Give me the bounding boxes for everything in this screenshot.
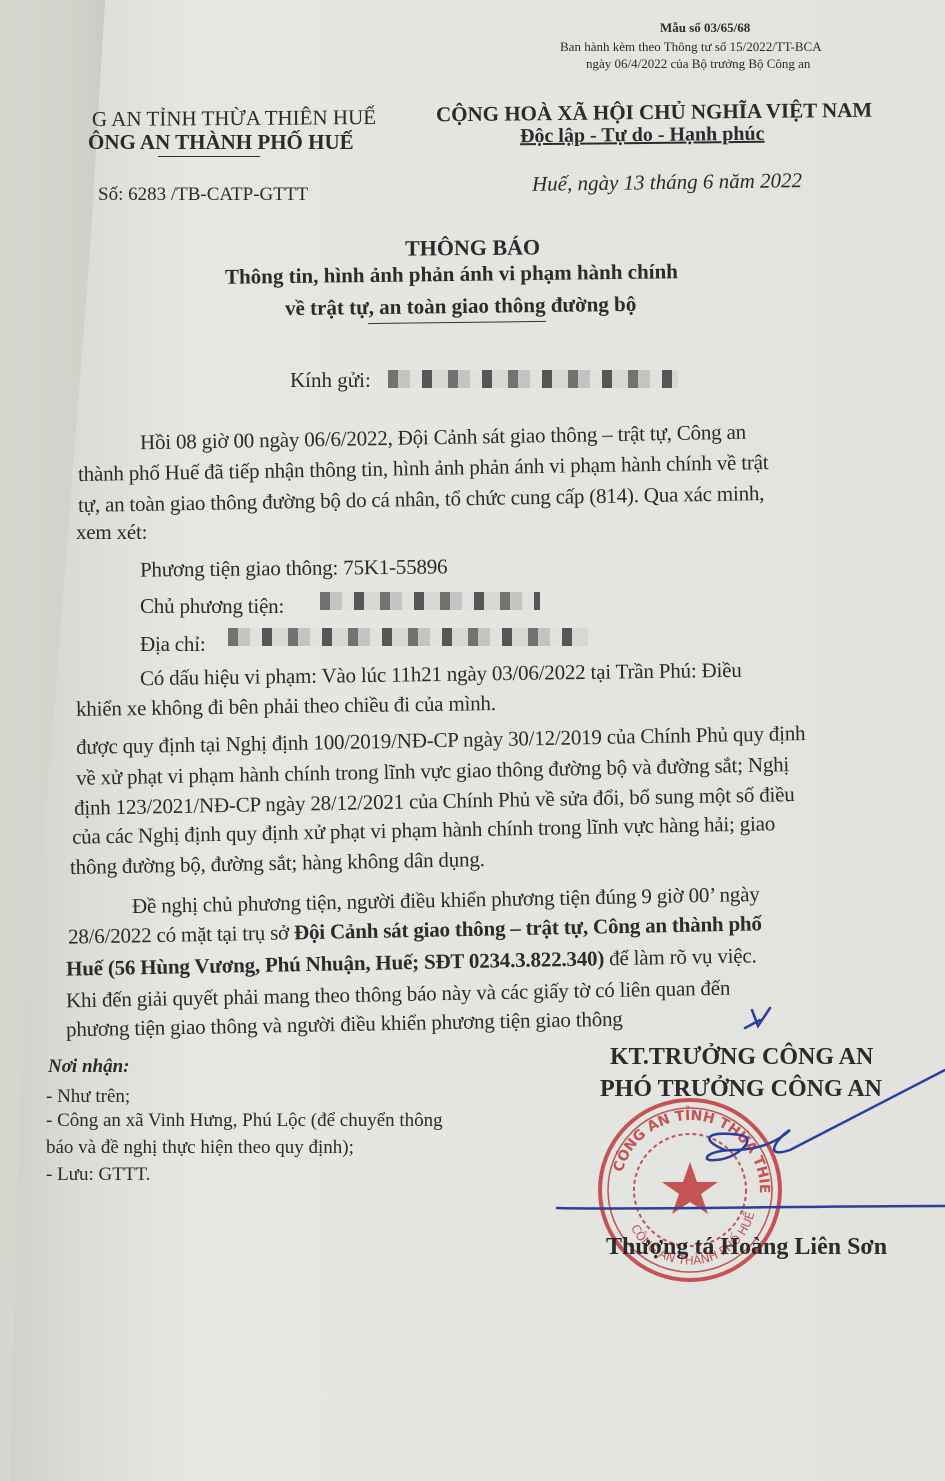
form-issued-with: Ban hành kèm theo Thông tư số 15/2022/TT… xyxy=(560,39,822,55)
recipients-item: - Công an xã Vinh Hưng, Phú Lộc (để chuy… xyxy=(46,1110,443,1132)
document-title: THÔNG BÁO xyxy=(405,234,540,261)
national-motto: Độc lập - Tự do - Hạnh phúc xyxy=(520,123,765,149)
signature-on-behalf: KT.TRƯỞNG CÔNG AN xyxy=(610,1044,873,1071)
form-number: Mẫu số 03/65/68 xyxy=(660,20,750,36)
request-text: để làm rõ vụ việc. xyxy=(604,943,757,970)
document-subtitle-line2: về trật tự, an toàn giao thông đường bộ xyxy=(285,292,637,321)
request-text: 28/6/2022 có mặt tại trụ sở xyxy=(68,920,294,948)
owner-address-label: Địa chỉ: xyxy=(140,632,205,656)
document-number: Số: 6283 /TB-CATP-GTTT xyxy=(98,184,308,206)
recipients-item: - Lưu: GTTT. xyxy=(46,1164,150,1186)
issuing-organization: ÔNG AN THÀNH PHỐ HUẾ xyxy=(88,130,354,155)
vehicle-owner-label: Chủ phương tiện: xyxy=(140,594,284,618)
intro-line: xem xét: xyxy=(76,520,147,545)
vehicle-plate-label: Phương tiện giao thông: xyxy=(140,556,338,582)
parent-organization: G AN TỈNH THỪA THIÊN HUẾ xyxy=(92,105,376,132)
recipients-heading: Nơi nhận: xyxy=(48,1056,129,1078)
redacted-owner-address xyxy=(228,628,588,646)
form-issued-by: ngày 06/4/2022 của Bộ trưởng Bộ Công an xyxy=(586,56,810,72)
vehicle-owner: Chủ phương tiện: xyxy=(140,594,284,619)
owner-address: Địa chỉ: xyxy=(140,632,205,657)
redacted-recipient-name xyxy=(388,370,678,388)
vehicle-plate-value: 75K1-55896 xyxy=(343,554,447,579)
signer-name: Thượng tá Hoàng Liên Sơn xyxy=(606,1234,887,1261)
recipients-item: báo và đề nghị thực hiện theo quy định); xyxy=(46,1137,354,1159)
national-title: CỘNG HOÀ XÃ HỘI CHỦ NGHĨA VIỆT NAM xyxy=(436,98,872,128)
org-underline xyxy=(158,156,260,157)
signature-position: PHÓ TRƯỞNG CÔNG AN xyxy=(600,1076,882,1103)
recipient-label: Kính gửi: xyxy=(290,368,371,393)
redacted-owner-name xyxy=(320,592,540,610)
vehicle-plate: Phương tiện giao thông: 75K1-55896 xyxy=(140,554,448,582)
place-and-date: Huế, ngày 13 tháng 6 năm 2022 xyxy=(532,168,802,197)
recipients-item: - Như trên; xyxy=(46,1086,130,1108)
